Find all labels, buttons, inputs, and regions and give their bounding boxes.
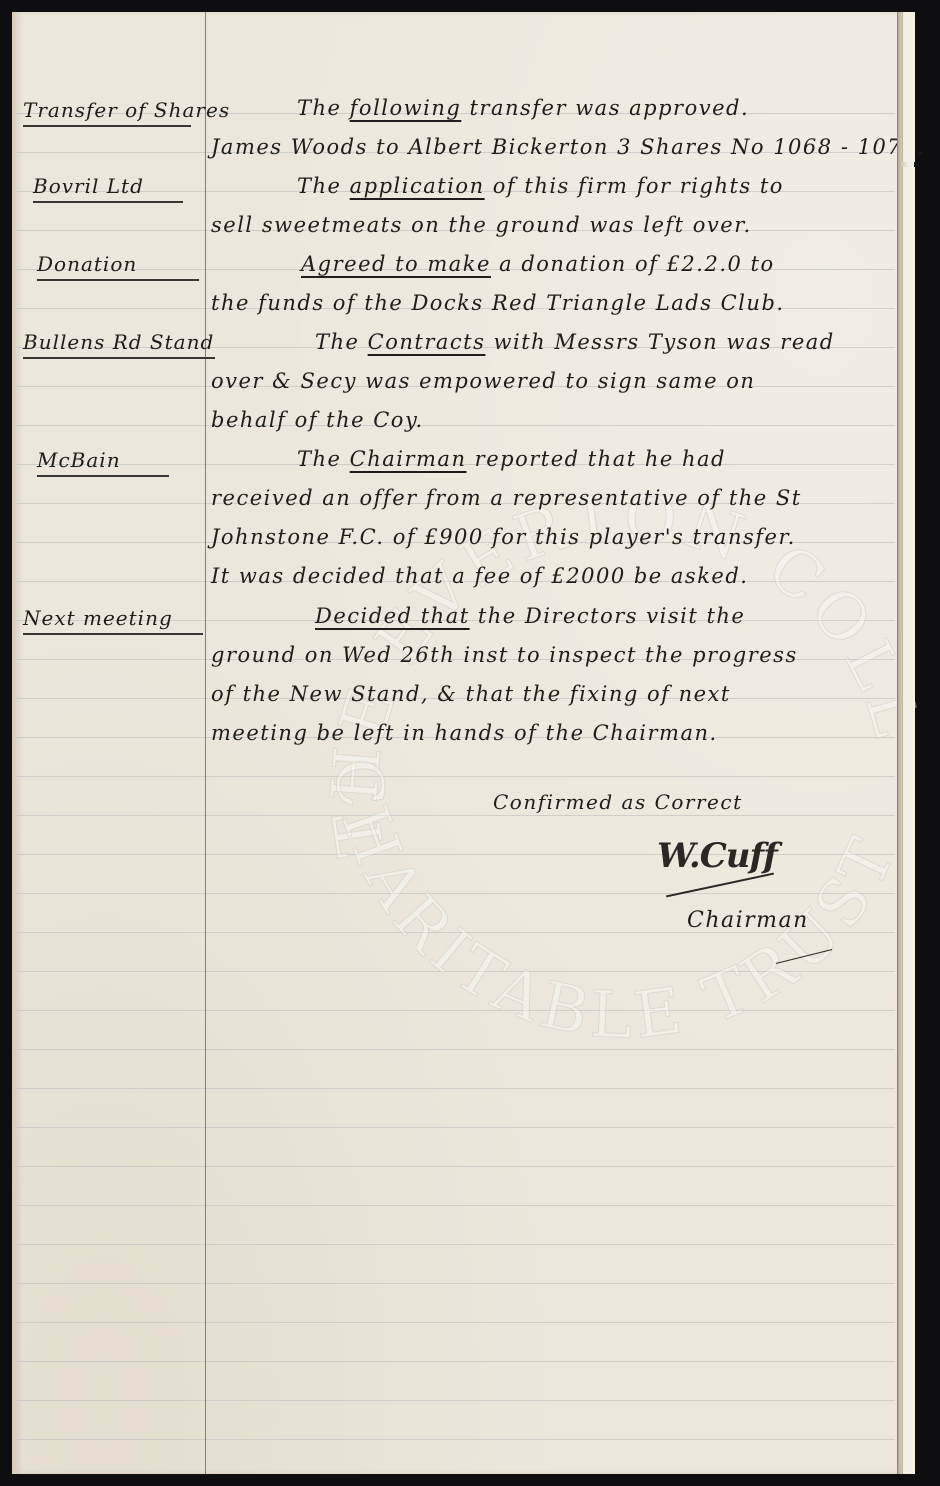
ruled-line: [15, 1010, 895, 1011]
ruled-line: [15, 1049, 895, 1050]
minute-book-page: THE EVERTON COLLECTION CHARITABLE TRUST …: [12, 12, 913, 1474]
margin-rule: [205, 12, 206, 1474]
minute-line: The application of this firm for rights …: [297, 176, 784, 197]
chairman-signature: W.Cuff: [657, 836, 777, 876]
ruled-line: [15, 776, 895, 777]
minute-line: sell sweetmeats on the ground was left o…: [211, 215, 752, 236]
minute-line: The following transfer was approved.: [297, 98, 749, 119]
margin-heading-next-meeting: Next meeting: [23, 606, 203, 635]
ruled-line: [15, 971, 895, 972]
page-fold-edge: [897, 12, 914, 1474]
confirmed-as-correct: Confirmed as Correct: [493, 792, 743, 812]
ruled-line: [15, 893, 895, 894]
ruled-line: [15, 1283, 895, 1284]
margin-heading-bovril: Bovril Ltd: [33, 174, 183, 203]
ruled-line: [15, 815, 895, 816]
ruled-line: [15, 1088, 895, 1089]
ruled-line: [15, 1322, 895, 1323]
margin-heading-transfer-of-shares: Transfer of Shares: [23, 98, 191, 127]
ruled-line: [15, 1439, 895, 1440]
margin-heading-bullens-rd-stand: Bullens Rd Stand: [23, 330, 215, 359]
minute-line: the funds of the Docks Red Triangle Lads…: [211, 293, 785, 314]
minute-line: behalf of the Coy.: [211, 410, 424, 431]
minute-line: The Chairman reported that he had: [297, 449, 726, 470]
ruled-line: [15, 1127, 895, 1128]
margin-heading-mcbain: McBain: [37, 448, 169, 477]
minute-line: It was decided that a fee of £2000 be as…: [211, 566, 748, 587]
minute-line: Decided that the Directors visit the: [315, 606, 745, 627]
ruled-line: [15, 1361, 895, 1362]
minute-line: Agreed to make a donation of £2.2.0 to: [301, 254, 775, 275]
ruled-line: [15, 1205, 895, 1206]
sign-off-dash: [776, 949, 833, 964]
ruled-line: [15, 1166, 895, 1167]
minute-line: received an offer from a representative …: [211, 488, 802, 509]
minute-line: ground on Wed 26th inst to inspect the p…: [211, 645, 798, 666]
minute-line: of the New Stand, & that the fixing of n…: [211, 684, 731, 705]
minute-line: meeting be left in hands of the Chairman…: [211, 723, 718, 744]
minute-line: Johnstone F.C. of £900 for this player's…: [211, 527, 796, 548]
minute-line: The Contracts with Messrs Tyson was read: [315, 332, 835, 353]
chairman-title: Chairman: [687, 910, 809, 932]
ruled-line: [15, 425, 895, 426]
margin-heading-donation: Donation: [37, 252, 199, 281]
ruled-line: [15, 1400, 895, 1401]
minute-line: James Woods to Albert Bickerton 3 Shares…: [211, 137, 925, 158]
minute-line: over & Secy was empowered to sign same o…: [211, 371, 755, 392]
ruled-line: [15, 1244, 895, 1245]
